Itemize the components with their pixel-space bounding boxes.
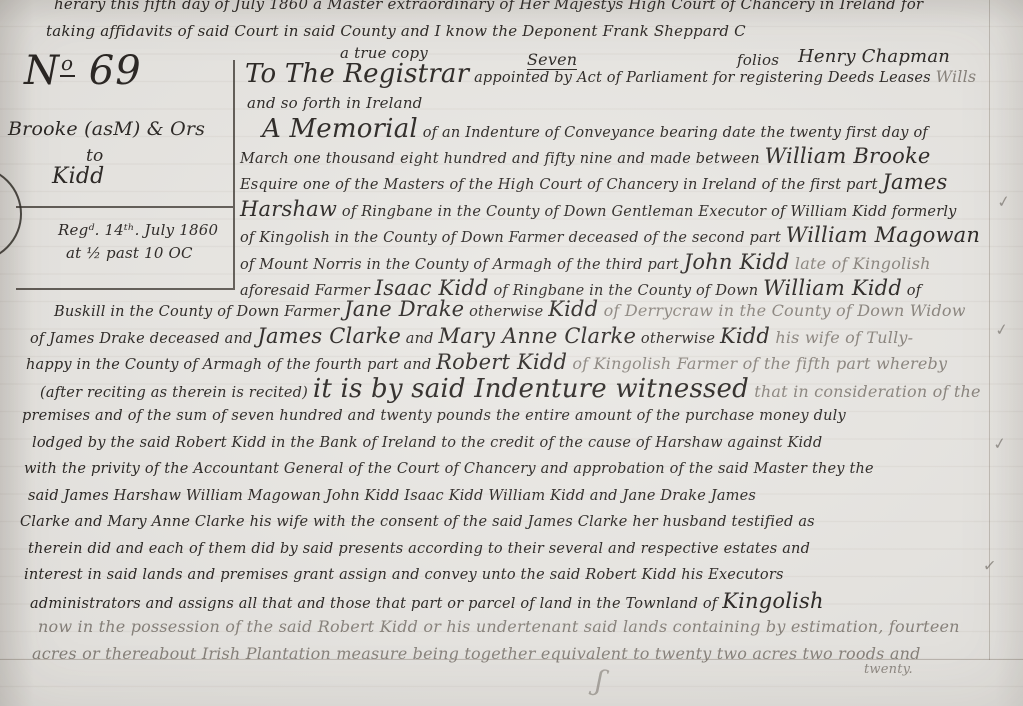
- body-text-segment: Robert Kidd: [436, 350, 567, 374]
- examiner-checkmark: ✓: [994, 319, 1010, 340]
- body-line: happy in the County of Armagh of the fou…: [14, 349, 1016, 376]
- examiner-checkmark: ✓: [996, 191, 1012, 212]
- salutation-segment: Wills: [936, 67, 977, 86]
- body-text-segment: and: [401, 331, 438, 347]
- body-line: March one thousand eight hundred and fif…: [240, 143, 1020, 170]
- body-line: Clarke and Mary Anne Clarke his wife wit…: [14, 508, 1016, 535]
- body-text-segment: otherwise: [636, 331, 720, 347]
- fragment-line: taking affidavits of said Court in said …: [46, 18, 923, 45]
- body-text-segment: late of Kingolish: [790, 254, 931, 273]
- body-line: A Memorial of an Indenture of Conveyance…: [240, 116, 1020, 143]
- body-line: of Kingolish in the County of Down Farme…: [240, 222, 1020, 249]
- body-line: therein did and each of them did by said…: [14, 535, 1016, 562]
- examiner-checkmark: ✓: [982, 556, 997, 576]
- salutation-segment: To The Registrar: [245, 59, 469, 89]
- body-line: premises and of the sum of seven hundred…: [14, 402, 1016, 429]
- margin-registered-time: at ½ past 10 OC: [66, 244, 193, 262]
- body-text-segment: happy in the County of Armagh of the fou…: [26, 357, 436, 373]
- pencil-note: twenty.: [864, 662, 913, 677]
- body-text-segment: his wife of Tully-: [770, 328, 913, 347]
- body-text-segment: that in consideration of the: [749, 382, 981, 401]
- body-text-segment: therein did and each of them did by said…: [28, 541, 810, 557]
- margin-parties-line1: Brooke (asM) & Ors: [8, 118, 205, 140]
- margin-vertical-rule: [233, 60, 235, 290]
- body-text-segment: of an Indenture of Conveyance bearing da…: [418, 125, 928, 141]
- fragment-line: herary this fifth day of July 1860 a Mas…: [54, 0, 923, 18]
- body-text-segment: Harshaw: [240, 197, 337, 221]
- body-text-segment: Esquire one of the Masters of the High C…: [240, 177, 882, 193]
- body-text-segment: of Kingolish in the County of Down Farme…: [240, 230, 786, 246]
- memorial-body-lower: Buskill in the County of Down Farmer Jan…: [14, 296, 1016, 667]
- document-scan-page: herary this fifth day of July 1860 a Mas…: [0, 0, 1023, 706]
- body-text-segment: Clarke and Mary Anne Clarke his wife wit…: [20, 514, 815, 530]
- body-text-segment: (after reciting as therein is recited): [40, 385, 313, 401]
- body-text-segment: Kidd: [548, 297, 598, 321]
- body-text-segment: lodged by the said Robert Kidd in the Ba…: [32, 435, 822, 451]
- body-line: with the privity of the Accountant Gener…: [14, 455, 1016, 482]
- body-line: said James Harshaw William Magowan John …: [14, 482, 1016, 509]
- body-text-segment: interest in said lands and premises gran…: [24, 567, 784, 583]
- body-text-segment: William Brooke: [765, 144, 931, 168]
- body-text-segment: it is by said Indenture witnessed: [313, 374, 749, 404]
- memorial-number-superscript: o: [60, 51, 75, 77]
- body-text-segment: now in the possession of the said Robert…: [38, 617, 960, 636]
- body-text-segment: Mary Anne Clarke: [438, 324, 636, 348]
- body-line: Esquire one of the Masters of the High C…: [240, 169, 1020, 196]
- margin-parties-line2: to: [86, 146, 103, 166]
- body-text-segment: James: [882, 170, 947, 194]
- examiner-checkmark: ✓: [992, 433, 1008, 454]
- memorial-number-prefix: N: [24, 48, 60, 94]
- registrar-salutation: To The Registrar appointed by Act of Par…: [245, 56, 976, 92]
- body-text-segment: of Ringbane in the County of Down Gentle…: [337, 204, 957, 220]
- memorial-body-upper: A Memorial of an Indenture of Conveyance…: [240, 116, 1020, 302]
- memorial-number: No 69: [24, 48, 142, 94]
- body-text-segment: James Clarke: [257, 324, 401, 348]
- margin-horizontal-rule-top: [16, 206, 233, 208]
- body-line: of Mount Norris in the County of Armagh …: [240, 249, 1020, 276]
- body-text-segment: Jane Drake: [344, 297, 464, 321]
- margin-registered-date: Regᵈ. 14ᵗʰ. July 1860: [58, 221, 218, 239]
- body-text-segment: said James Harshaw William Magowan John …: [28, 488, 756, 504]
- body-text-segment: of Mount Norris in the County of Armagh …: [240, 257, 684, 273]
- body-text-segment: of Derrycraw in the County of Down Widow: [598, 301, 965, 320]
- salutation-segment: appointed by Act of Parliament for regis…: [469, 70, 935, 86]
- body-text-segment: A Memorial: [262, 114, 418, 144]
- previous-entry-fragment: herary this fifth day of July 1860 a Mas…: [54, 0, 923, 45]
- body-line: administrators and assigns all that and …: [14, 588, 1016, 615]
- body-text-segment: March one thousand eight hundred and fif…: [240, 151, 765, 167]
- body-line: of James Drake deceased and James Clarke…: [14, 323, 1016, 350]
- registrar-salutation-line2: and so forth in Ireland: [247, 94, 422, 112]
- body-text-segment: William Magowan: [786, 223, 980, 247]
- entry-end-rule: [0, 659, 1023, 660]
- body-text-segment: premises and of the sum of seven hundred…: [22, 408, 846, 424]
- body-text-segment: John Kidd: [684, 250, 790, 274]
- memorial-number-value: 69: [89, 48, 142, 94]
- body-line: lodged by the said Robert Kidd in the Ba…: [14, 429, 1016, 456]
- body-line: interest in said lands and premises gran…: [14, 561, 1016, 588]
- margin-horizontal-rule-bottom: [16, 288, 233, 290]
- margin-parties-line3: Kidd: [52, 164, 104, 189]
- body-line: Buskill in the County of Down Farmer Jan…: [14, 296, 1016, 323]
- stamp-arc: [0, 166, 22, 262]
- body-line: now in the possession of the said Robert…: [14, 614, 1016, 641]
- body-text-segment: with the privity of the Accountant Gener…: [24, 461, 874, 477]
- body-text-segment: of Kingolish Farmer of the fifth part wh…: [567, 354, 947, 373]
- body-text-segment: otherwise: [464, 304, 548, 320]
- body-text-segment: Buskill in the County of Down Farmer: [54, 304, 344, 320]
- body-text-segment: Kingolish: [722, 589, 824, 613]
- body-text-segment: of James Drake deceased and: [30, 331, 257, 347]
- pencil-squiggle: ʃ: [593, 664, 606, 698]
- body-line: Harshaw of Ringbane in the County of Dow…: [240, 196, 1020, 223]
- body-text-segment: administrators and assigns all that and …: [30, 596, 722, 612]
- body-text-segment: Kidd: [720, 324, 770, 348]
- body-line: (after reciting as therein is recited) i…: [14, 376, 1016, 403]
